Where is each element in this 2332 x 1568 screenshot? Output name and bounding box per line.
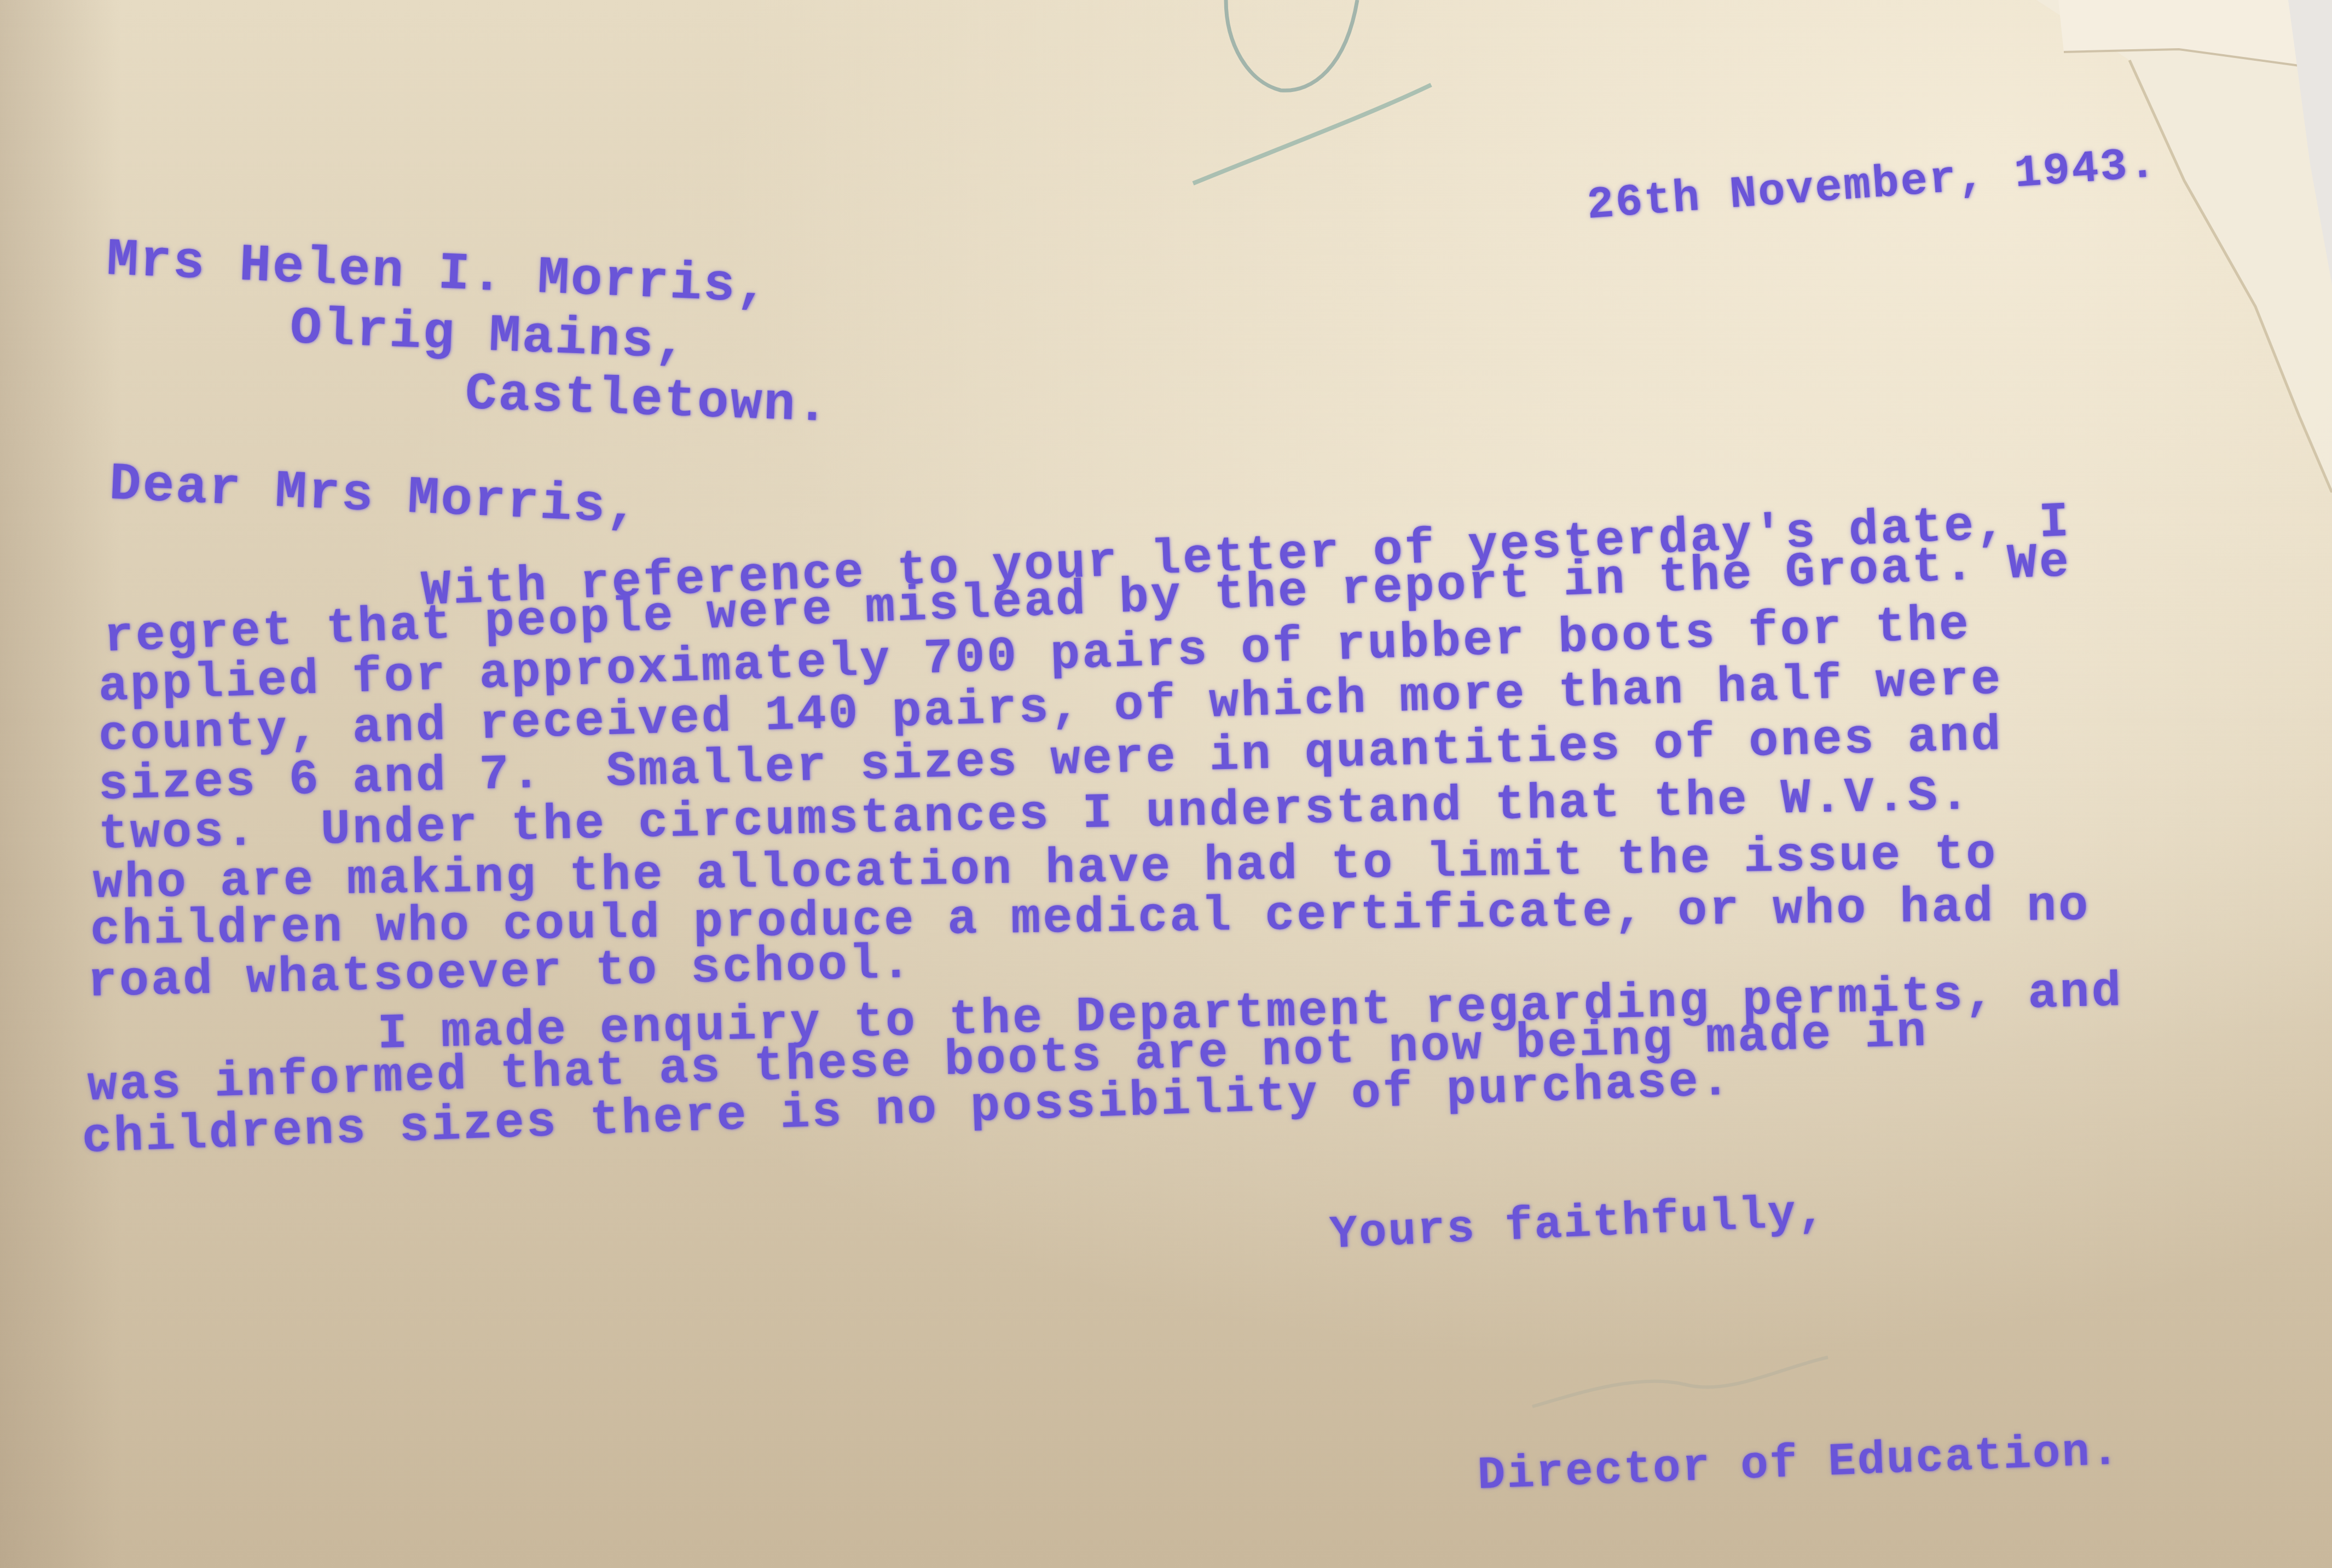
faint-signature-mark: [1521, 1324, 1850, 1434]
recipient-town: Castletown.: [464, 364, 831, 436]
folded-corner: [1949, 0, 2332, 493]
green-pencil-annotation: [1149, 0, 1532, 192]
